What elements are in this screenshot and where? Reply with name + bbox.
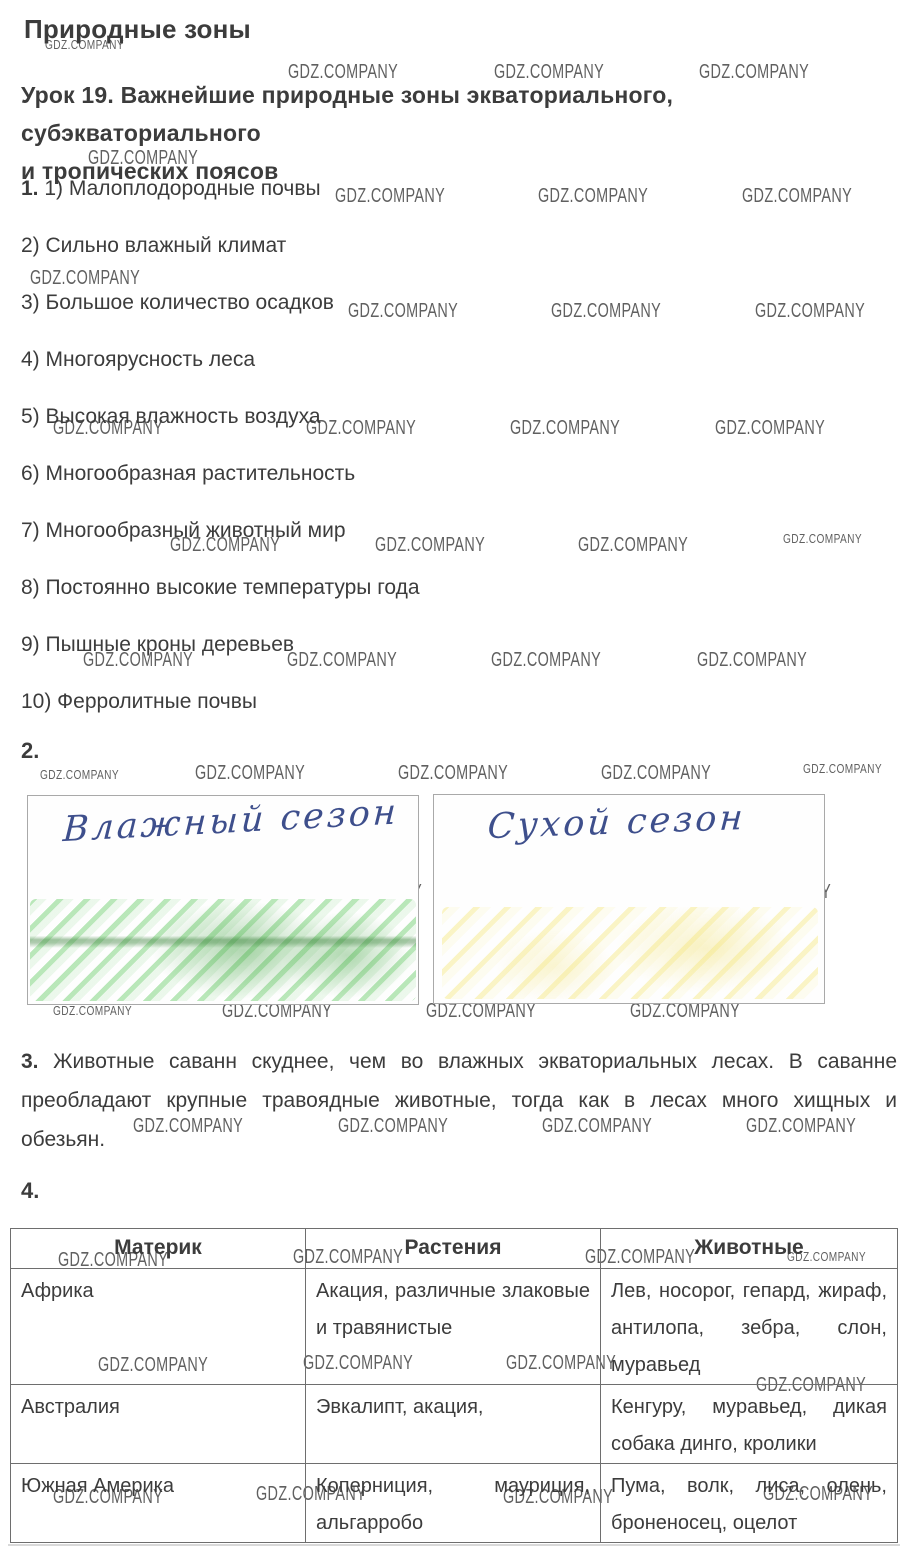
watermark: GDZ.COMPANY [697,649,807,672]
task1-item: 8) Постоянно высокие температуры года [21,559,420,616]
table-header-animals: Животные [601,1229,898,1269]
task1-item: 4) Многоярусность леса [21,331,420,388]
watermark: GDZ.COMPANY [510,417,620,440]
task1-number: 1. [21,177,39,200]
document-page: GDZ.COMPANYGDZ.COMPANYGDZ.COMPANYGDZ.COM… [0,0,908,1555]
task1-item: 7) Многообразный животный мир [21,502,420,559]
task4-table: Материк Растения Животные Африка Акация,… [10,1228,898,1543]
table-row-australia: Австралия Эвкалипт, акация, Кенгуру, мур… [11,1385,898,1464]
watermark: GDZ.COMPANY [398,762,508,785]
table-cell: Эвкалипт, акация, [306,1385,601,1464]
table-header-continent: Материк [11,1229,306,1269]
table-cell: Южная Америка [11,1464,306,1543]
wet-season-caption: Влажный сезон [62,792,400,850]
watermark: GDZ.COMPANY [803,761,882,776]
watermark: GDZ.COMPANY [551,300,661,323]
watermark: GDZ.COMPANY [578,534,688,557]
table-row-africa: Африка Акация, различные злаковые и трав… [11,1269,898,1385]
page-title: Природные зоны [24,14,251,45]
table-cell: Австралия [11,1385,306,1464]
task4-number: 4. [21,1178,39,1204]
table-cell: Лев, носорог, гепард, жираф, антилопа, з… [601,1269,898,1385]
task3-paragraph: 3. Животные саванн скуднее, чем во влажн… [21,1042,897,1159]
green-scribble [30,899,416,1001]
task1-item: 2) Сильно влажный климат [21,217,420,274]
dry-season-image: Сухой сезон [433,794,825,1004]
table-header-plants: Растения [306,1229,601,1269]
task1-list: 1. 1) Малоплодородные почвы 2) Сильно вл… [21,160,420,730]
table-cell: Кенгуру, муравьед, дикая собака динго, к… [601,1385,898,1464]
dry-season-caption: Сухой сезон [486,798,747,847]
task1-item: 6) Многообразная растительность [21,445,420,502]
task1-item: 1. 1) Малоплодородные почвы [21,160,420,217]
task1-item: 10) Ферролитные почвы [21,673,420,730]
task2-number: 2. [21,738,39,764]
watermark: GDZ.COMPANY [53,1003,132,1018]
watermark: GDZ.COMPANY [755,300,865,323]
wet-season-image: Влажный сезон [27,795,419,1005]
table-cell: Акация, различные злаковые и травянистые [306,1269,601,1385]
table-cell: Коперниция, мауриция, альгарробо [306,1464,601,1543]
task1-item: 5) Высокая влажность воздуха [21,388,420,445]
watermark: GDZ.COMPANY [195,762,305,785]
yellow-scribble [442,907,818,999]
table-header-row: Материк Растения Животные [11,1229,898,1269]
table-cell: Пума, волк, лиса, олень, броненосец, оце… [601,1464,898,1543]
task3-number: 3. [21,1050,39,1073]
table-cell: Африка [11,1269,306,1385]
watermark: GDZ.COMPANY [491,649,601,672]
task1-item: 9) Пышные кроны деревьев [21,616,420,673]
task1-item: 3) Большое количество осадков [21,274,420,331]
watermark: GDZ.COMPANY [715,417,825,440]
table-row-south-america: Южная Америка Коперниция, мауриция, альг… [11,1464,898,1543]
watermark: GDZ.COMPANY [783,531,862,546]
watermark: GDZ.COMPANY [601,762,711,785]
task3-text: Животные саванн скуднее, чем во влажных … [21,1050,897,1151]
lesson-heading-line1: Урок 19. Важнейшие природные зоны эквато… [21,76,906,152]
watermark: GDZ.COMPANY [40,767,119,782]
